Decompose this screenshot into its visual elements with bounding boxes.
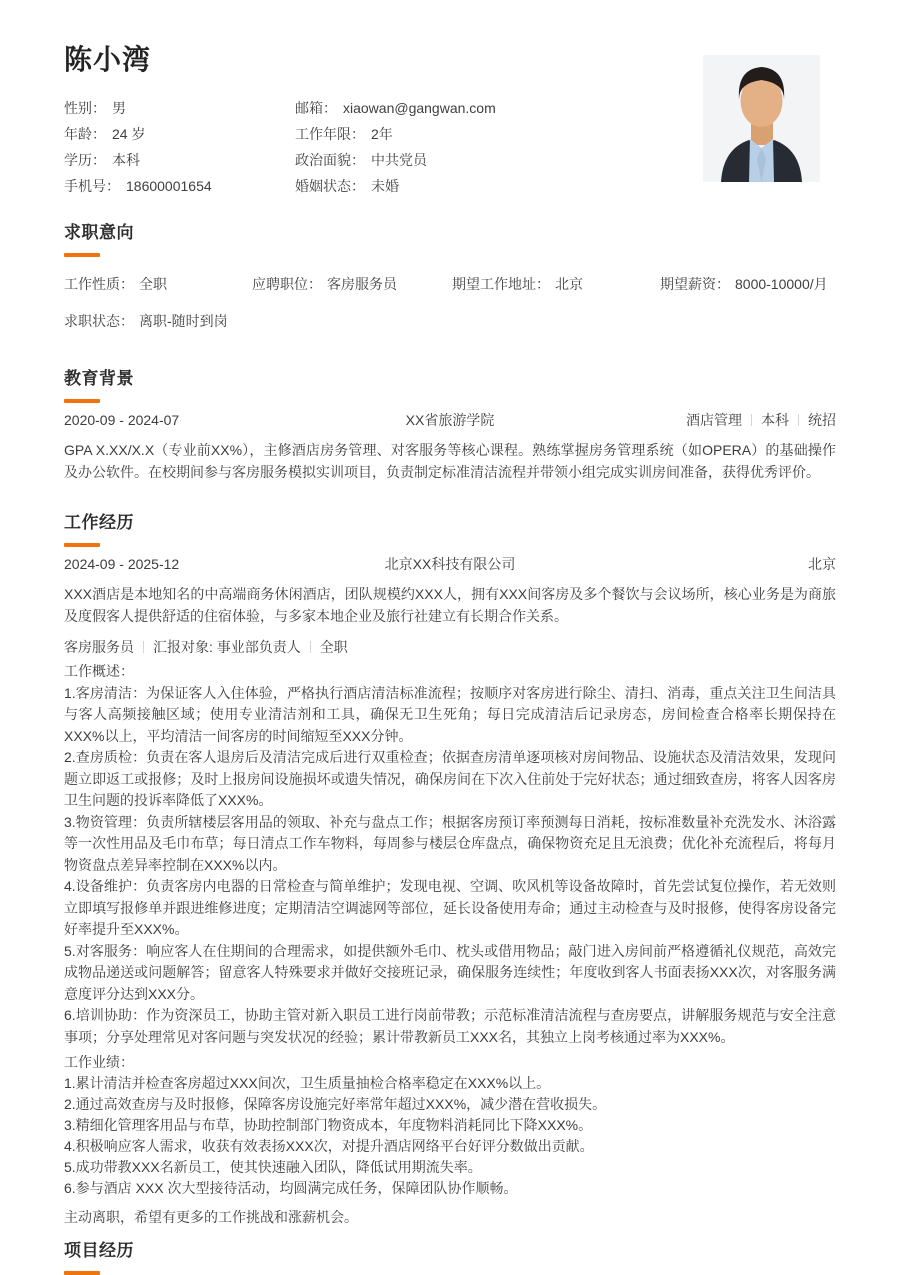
- achievement-item: 5.成功带教XXX名新员工，使其快速融入团队，降低试用期流失率。: [64, 1157, 836, 1178]
- section-title: 工作经历: [64, 511, 836, 535]
- work-meta-row: 2024-09 - 2025-12 北京XX科技有限公司 北京: [64, 555, 836, 573]
- achievement-item: 4.积极响应客人需求，收获有效表扬XXX次，对提升酒店网络平台好评分数做出贡献。: [64, 1136, 836, 1157]
- work-period: 2024-09 - 2025-12: [64, 555, 385, 573]
- overview-item: 4.设备维护：负责客房内电器的日常检查与简单维护；发现电视、空调、吹风机等设备故…: [64, 876, 836, 941]
- ji-status: 求职状态：离职-随时到岗: [64, 313, 836, 329]
- separator: [143, 641, 144, 653]
- work-achievements: 工作业绩： 1.累计清洁并检查客房超过XXX间次，卫生质量抽检合格率稳定在XXX…: [64, 1052, 836, 1199]
- overview-item: 6.培训协助：作为资深员工，协助主管对新入职员工进行岗前带教；示范标准清洁流程与…: [64, 1005, 836, 1048]
- info-gender: 性别：男: [64, 98, 295, 118]
- separator: [310, 641, 311, 653]
- overview-item: 3.物资管理：负责所辖楼层客用品的领取、补充与盘点工作；根据客房预订率预测每日消…: [64, 812, 836, 877]
- education-major: 酒店管理: [686, 412, 742, 428]
- portrait-illustration: [703, 55, 820, 182]
- achievement-item: 2.通过高效查房与及时报修，保障客房设施完好率常年超过XXX%，减少潜在营收损失…: [64, 1094, 836, 1115]
- section-work-header: 工作经历: [64, 511, 836, 547]
- info-political: 政治面貌：中共党员: [295, 150, 625, 170]
- info-age: 年龄：24 岁: [64, 124, 295, 144]
- leave-reason: 主动离职，希望有更多的工作挑战和涨薪机会。: [64, 1209, 836, 1225]
- employment-type: 全职: [320, 639, 348, 655]
- separator: [798, 414, 799, 426]
- education-description: GPA X.XX/X.X（专业前XX%），主修酒店房务管理、对客服务等核心课程。…: [64, 439, 836, 483]
- achievement-item: 1.累计清洁并检查客房超过XXX间次，卫生质量抽检合格率稳定在XXX%以上。: [64, 1073, 836, 1094]
- position-row: 客房服务员汇报对象: 事业部负责人全职: [64, 639, 836, 655]
- ji-position: 应聘职位：客房服务员: [252, 276, 452, 292]
- info-education: 学历：本科: [64, 150, 295, 170]
- profile-photo: [703, 55, 820, 182]
- section-education-header: 教育背景: [64, 367, 836, 403]
- section-project-header: 项目经历: [64, 1239, 836, 1275]
- achievement-item: 3.精细化管理客用品与布草，协助控制部门物资成本，年度物料消耗同比下降XXX%。: [64, 1115, 836, 1136]
- info-marital: 婚姻状态：未婚: [295, 176, 625, 196]
- overview-item: 2.查房质检：负责在客人退房后及清洁完成后进行双重检查；依据查房清单逐项核对房间…: [64, 747, 836, 812]
- education-admission-type: 统招: [808, 412, 836, 428]
- work-overview: 工作概述： 1.客房清洁：为保证客人入住体验，严格执行酒店清洁标准流程；按顺序对…: [64, 661, 836, 1048]
- position-title: 客房服务员: [64, 639, 134, 655]
- education-tags: 酒店管理本科统招: [494, 411, 836, 429]
- work-overview-title: 工作概述：: [64, 661, 836, 683]
- education-degree: 本科: [761, 412, 789, 428]
- education-period: 2020-09 - 2024-07: [64, 411, 406, 429]
- section-title: 教育背景: [64, 367, 836, 391]
- info-phone: 手机号：18600001654: [64, 176, 295, 196]
- education-meta-row: 2020-09 - 2024-07 XX省旅游学院 酒店管理本科统招: [64, 411, 836, 429]
- accent-underline: [64, 1271, 100, 1275]
- separator: [751, 414, 752, 426]
- info-email: 邮箱：xiaowan@gangwan.com: [295, 98, 625, 118]
- achievement-item: 6.参与酒店 XXX 次大型接待活动，均圆满完成任务，保障团队协作顺畅。: [64, 1178, 836, 1199]
- section-job-intention-header: 求职意向: [64, 221, 836, 257]
- job-intention-row-1: 工作性质：全职 应聘职位：客房服务员 期望工作地址：北京 期望薪资：8000-1…: [64, 276, 836, 292]
- overview-item: 1.客房清洁：为保证客人入住体验，严格执行酒店清洁标准流程；按顺序对客房进行除尘…: [64, 683, 836, 748]
- accent-underline: [64, 543, 100, 547]
- company-intro: XXX酒店是本地知名的中高端商务休闲酒店，团队规模约XXX人，拥有XXX间客房及…: [64, 583, 836, 627]
- accent-underline: [64, 253, 100, 257]
- work-company: 北京XX科技有限公司: [385, 555, 516, 573]
- overview-item: 5.对客服务：响应客人在住期间的合理需求，如提供额外毛巾、枕头或借用物品；敲门进…: [64, 941, 836, 1006]
- work-achievements-title: 工作业绩：: [64, 1052, 836, 1073]
- info-years: 工作年限：2年: [295, 124, 625, 144]
- education-school: XX省旅游学院: [406, 411, 495, 429]
- accent-underline: [64, 399, 100, 403]
- resume-page: 陈小湾 性别：男 年龄：24 岁 学历：本科 手机号：18600001654 邮…: [0, 0, 900, 1275]
- section-title: 项目经历: [64, 1239, 836, 1263]
- section-title: 求职意向: [64, 221, 836, 245]
- report-to: 汇报对象: 事业部负责人: [153, 639, 301, 655]
- ji-salary: 期望薪资：8000-10000/月: [660, 276, 828, 292]
- work-location: 北京: [515, 555, 836, 573]
- ji-location: 期望工作地址：北京: [452, 276, 660, 292]
- ji-work-type: 工作性质：全职: [64, 276, 252, 292]
- job-intention-row-2: 求职状态：离职-随时到岗: [64, 313, 836, 329]
